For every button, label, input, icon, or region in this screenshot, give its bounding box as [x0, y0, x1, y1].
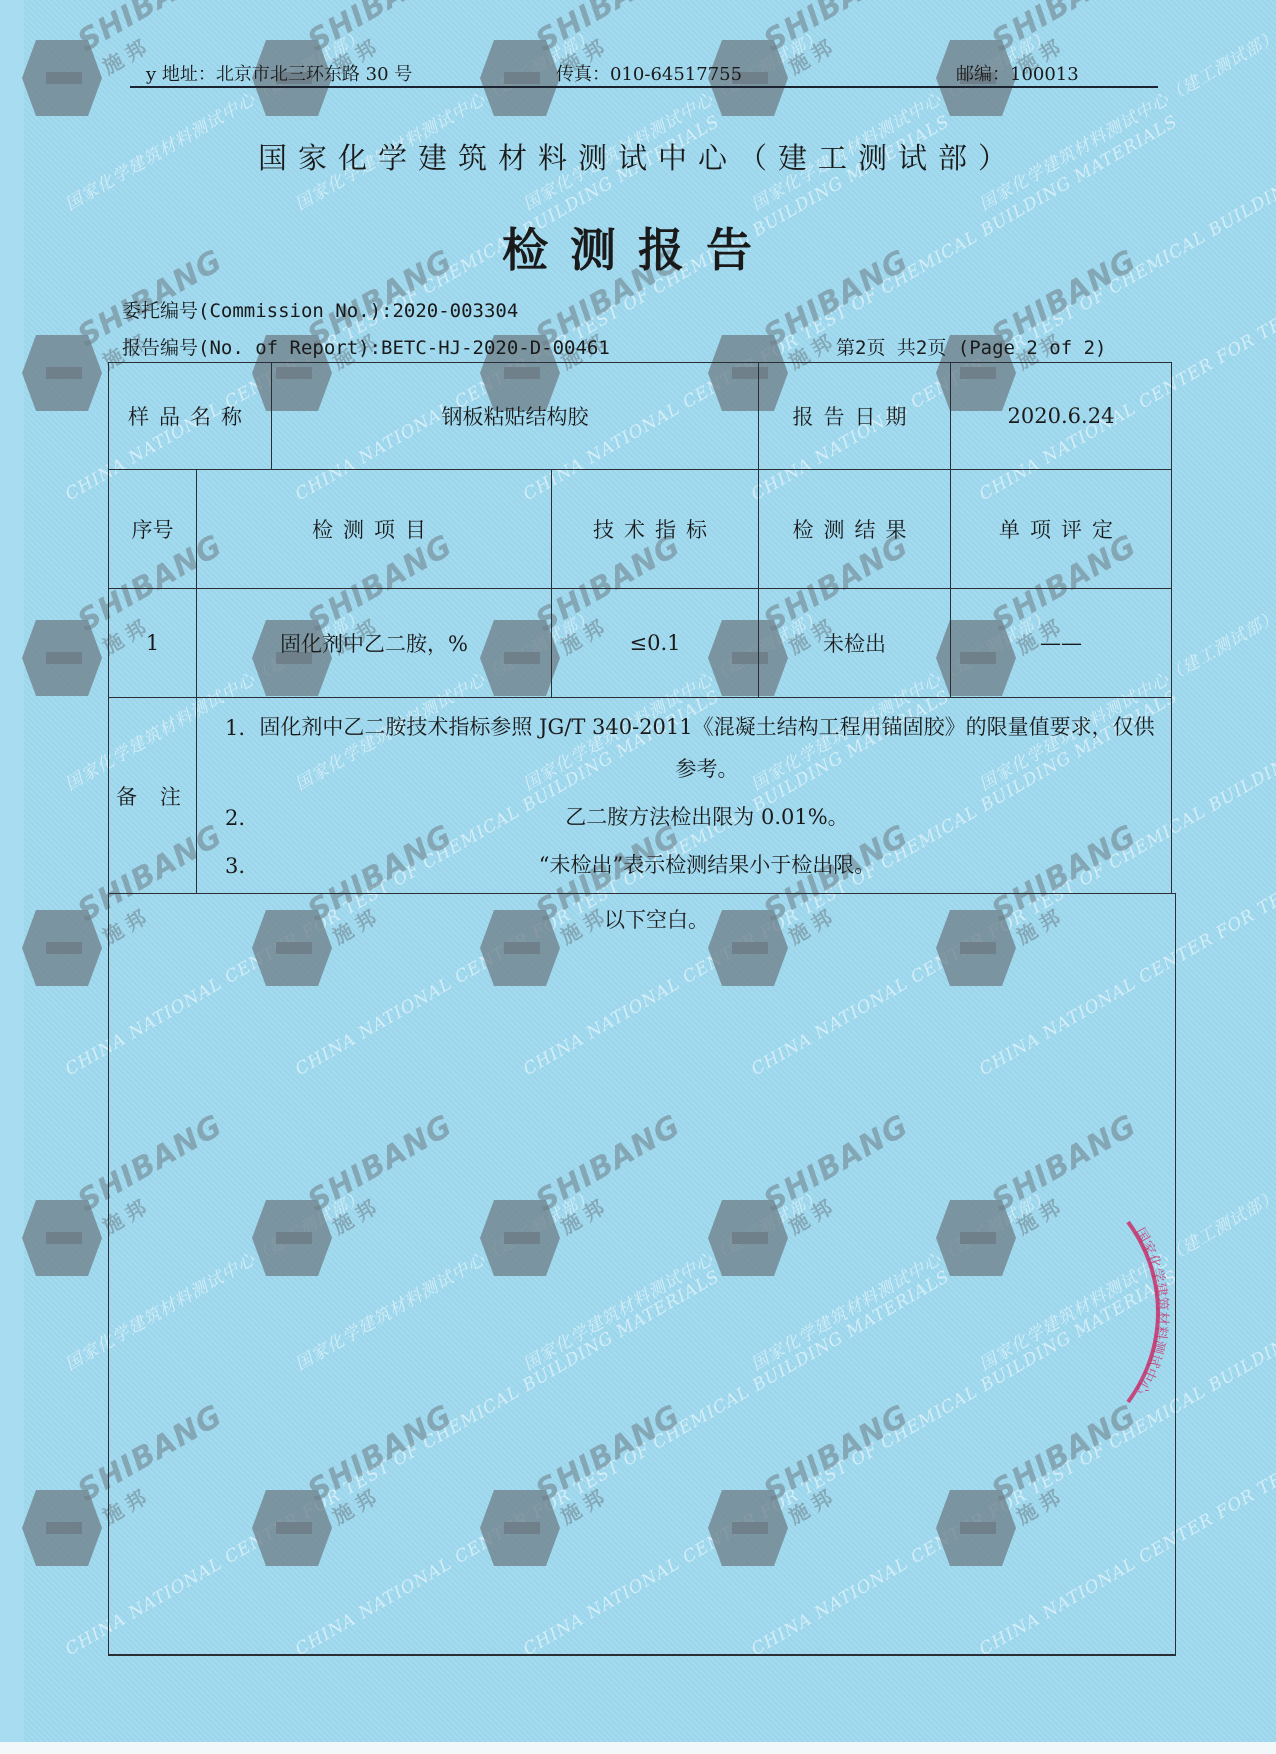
notes-content: 1. 固化剂中乙二胺技术指标参照 JG/T 340-2011《混凝土结构工程用锚…	[196, 697, 1172, 894]
col-header-rating: 单项评定	[950, 469, 1172, 589]
postcode-text: 邮编：100013	[956, 60, 1079, 86]
page-info: 第2页 共2页 (Page 2 of 2)	[836, 333, 1106, 360]
stamp-text: 国家化学建筑材料测试中心	[1131, 1225, 1171, 1397]
note-number: 2.	[213, 808, 257, 838]
address-text: y 地址：北京市北三环东路 30 号	[146, 60, 412, 86]
commission-number: 委托编号(Commission No.):2020-003304	[122, 296, 518, 323]
report-number: 报告编号(No. of Report):BETC-HJ-2020-D-00461	[122, 333, 610, 360]
table-cell-spec: ≤0.1	[551, 588, 759, 698]
col-header-result: 检测结果	[758, 469, 951, 589]
blank-note: 以下空白。	[604, 904, 709, 934]
table-cell-item: 固化剂中乙二胺，%	[196, 588, 552, 698]
report-date-label: 报告日期	[758, 362, 951, 470]
sample-name-value: 钢板粘贴结构胶	[271, 362, 759, 470]
note-number: 1.	[213, 718, 257, 790]
table-cell-seq: 1	[108, 588, 197, 698]
notes-list: 1. 固化剂中乙二胺技术指标参照 JG/T 340-2011《混凝土结构工程用锚…	[197, 698, 1157, 904]
contact-header: y 地址：北京市北三环东路 30 号 传真：010-64517755 邮编：10…	[130, 58, 1158, 88]
note-text: 乙二胺方法检出限为 0.01%。	[257, 796, 1157, 838]
report-date-value: 2020.6.24	[950, 362, 1172, 470]
note-text: 固化剂中乙二胺技术指标参照 JG/T 340-2011《混凝土结构工程用锚固胶》…	[257, 706, 1157, 790]
note-text: “未检出”表示检测结果小于检出限。	[257, 844, 1157, 886]
table-cell-rating: ——	[950, 588, 1172, 698]
note-item: 2. 乙二胺方法检出限为 0.01%。	[213, 808, 1157, 838]
note-number: 3.	[213, 856, 257, 886]
blank-area	[108, 893, 1176, 1656]
note-item: 1. 固化剂中乙二胺技术指标参照 JG/T 340-2011《混凝土结构工程用锚…	[213, 718, 1157, 790]
note-item: 3. “未检出”表示检测结果小于检出限。	[213, 856, 1157, 886]
sample-name-label: 样品名称	[108, 362, 272, 470]
fax-text: 传真：010-64517755	[556, 60, 742, 86]
organization-title: 国家化学建筑材料测试中心（建工测试部）	[0, 136, 1276, 177]
report-content: y 地址：北京市北三环东路 30 号 传真：010-64517755 邮编：10…	[0, 0, 1276, 1754]
col-header-spec: 技术指标	[551, 469, 759, 589]
table-cell-result: 未检出	[758, 588, 951, 698]
col-header-seq: 序号	[108, 469, 197, 589]
official-seal-stamp: 国家化学建筑材料测试中心	[1108, 1212, 1208, 1412]
notes-label: 备 注	[108, 697, 197, 894]
col-header-item: 检测项目	[196, 469, 552, 589]
svg-text:国家化学建筑材料测试中心: 国家化学建筑材料测试中心	[1131, 1225, 1171, 1397]
document-title: 检测报告	[0, 214, 1276, 280]
